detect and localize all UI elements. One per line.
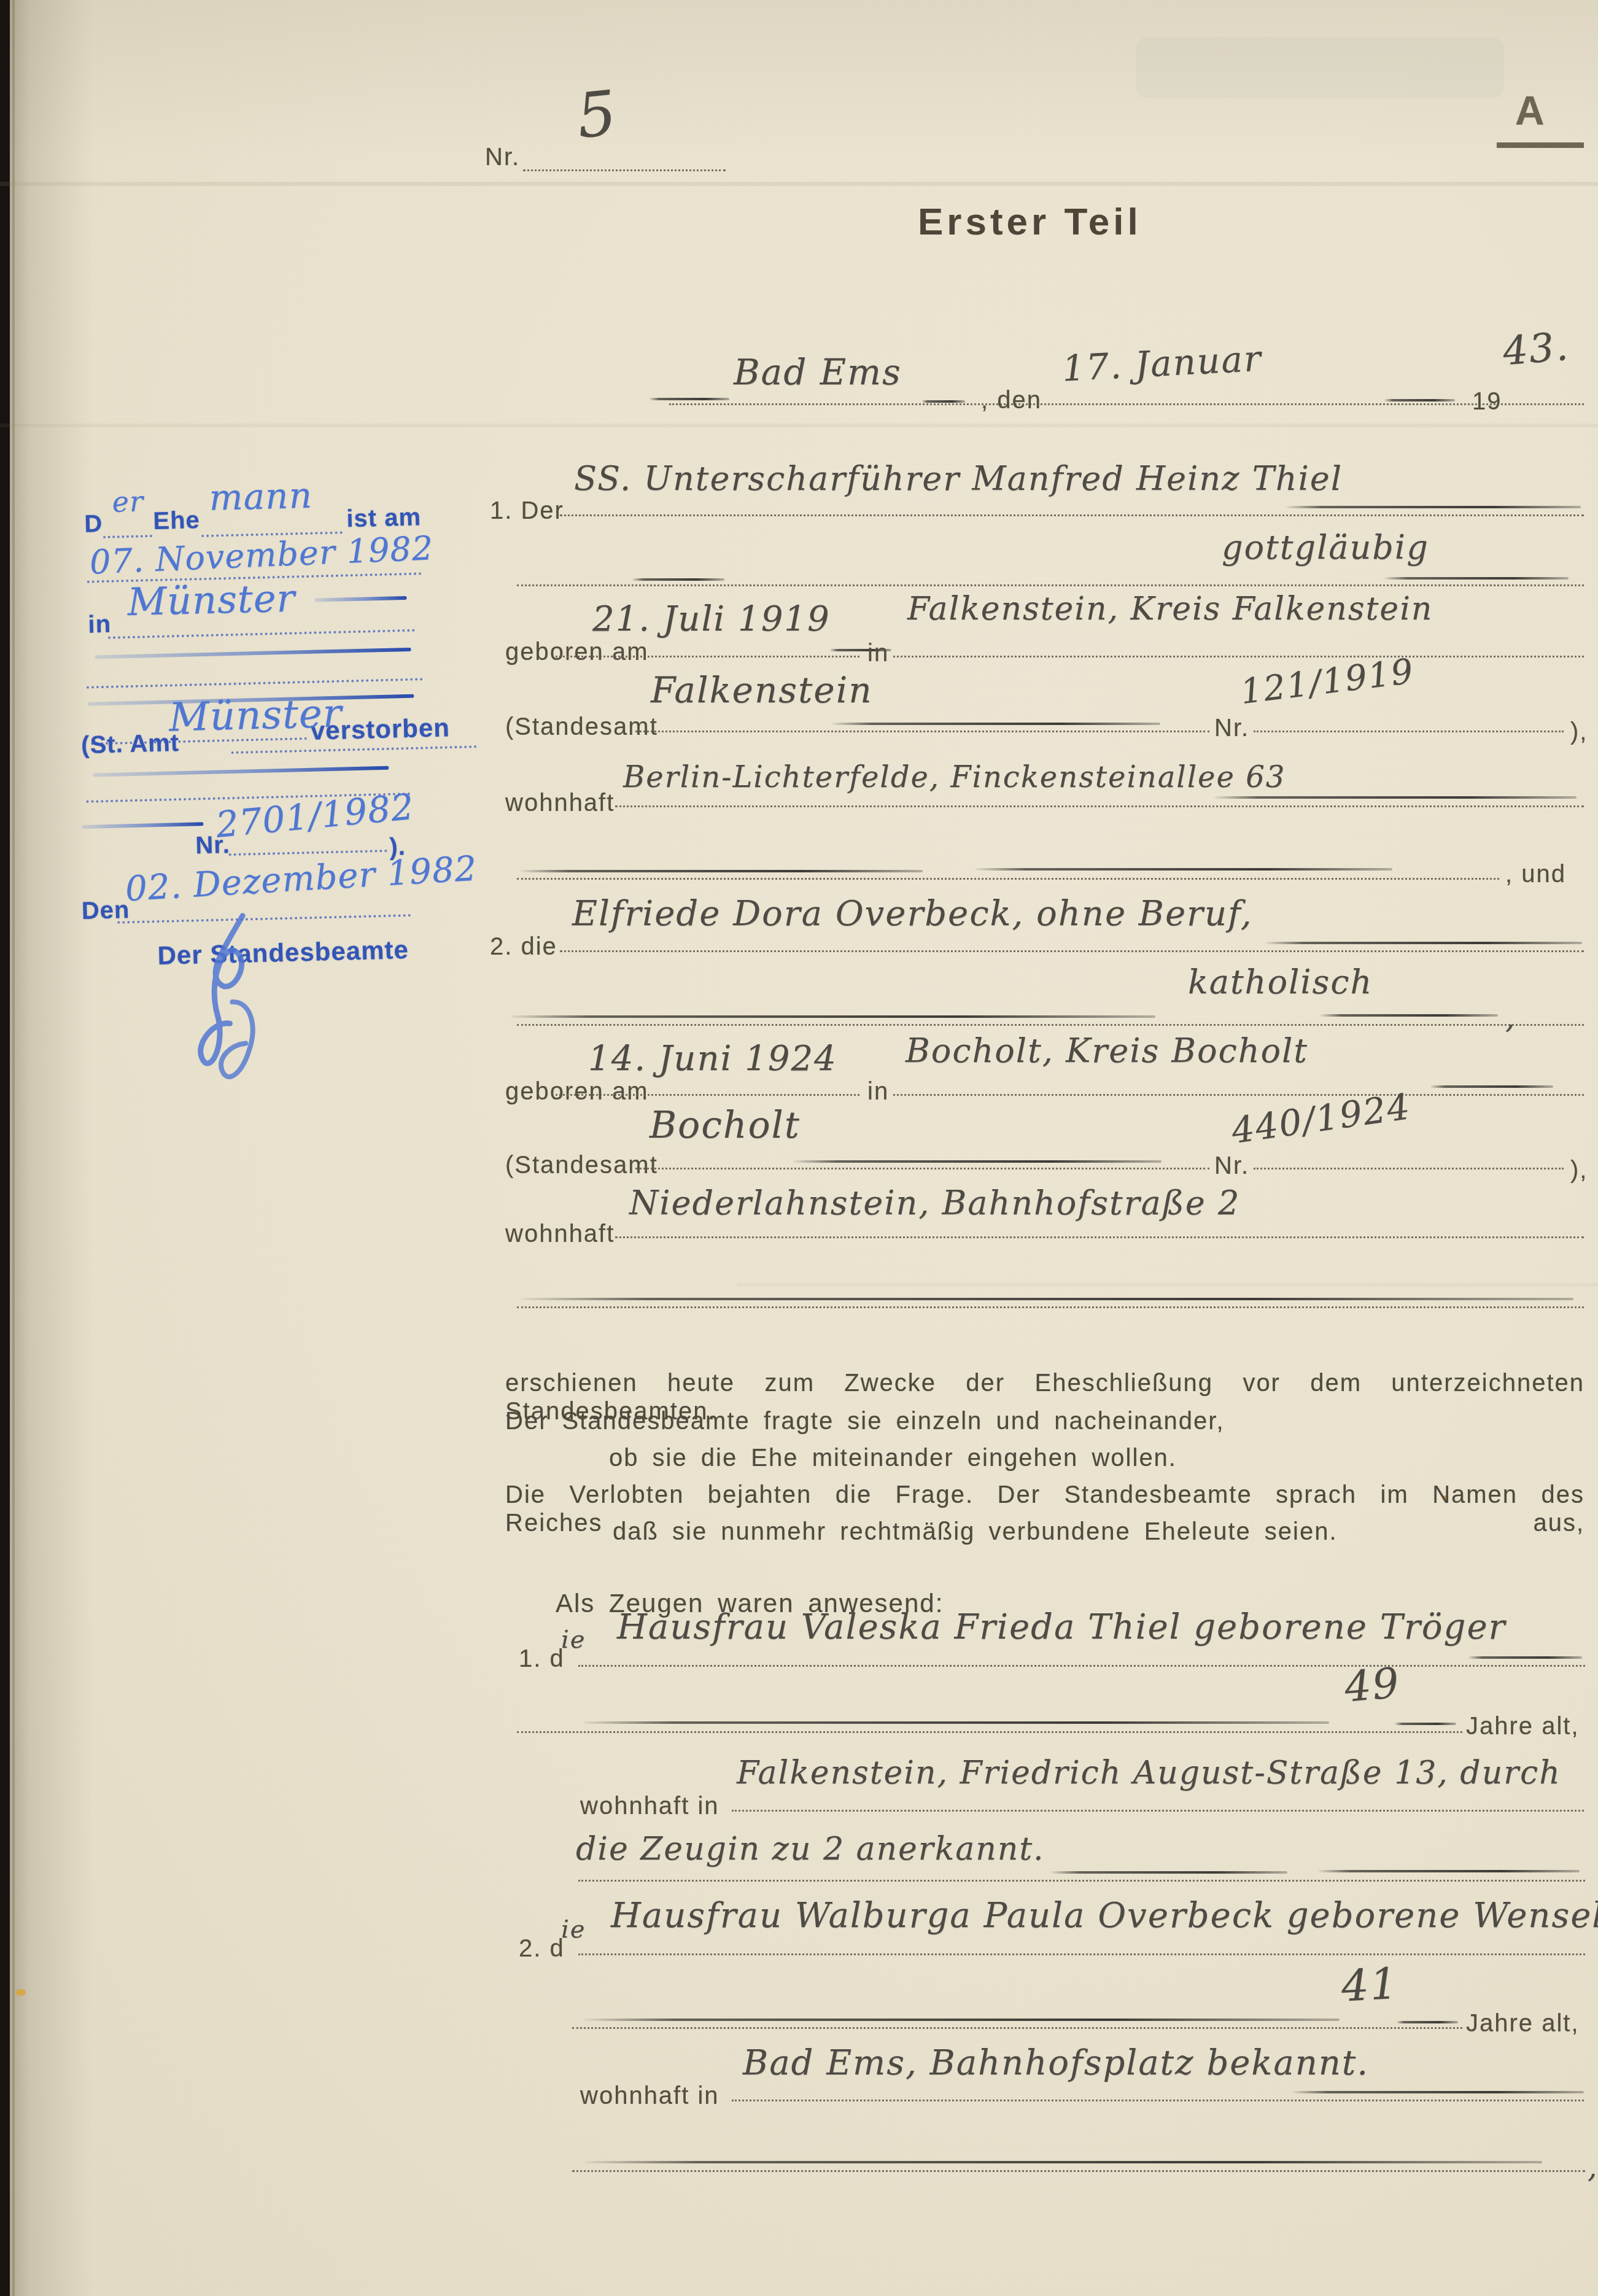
stamp-dotted — [231, 745, 477, 754]
nr-value-handwritten: 5 — [573, 77, 621, 152]
witness2-name-dotted — [578, 1953, 1585, 1955]
pen-stroke — [832, 723, 1160, 725]
stamp-dotted — [87, 678, 423, 688]
groom-birthdate-dotted — [556, 656, 859, 657]
bride-birthplace-handwritten: Bocholt, Kreis Bocholt — [906, 1031, 1308, 1070]
binding-edge — [0, 0, 10, 2296]
pen-stroke — [1214, 796, 1577, 799]
bride-in-label: in — [867, 1078, 889, 1106]
groom-registry-dotted — [635, 731, 1209, 732]
stamp-registry-no-handwritten: 2701/1982 — [214, 786, 416, 846]
groom-close-paren: ), — [1570, 718, 1588, 746]
bride-name-handwritten: Elfriede Dora Overbeck, ohne Beruf, — [572, 894, 1253, 934]
witness2-residence-dotted — [732, 2100, 1584, 2101]
groom-born-label: geboren am — [505, 638, 648, 666]
pencil-comma: , — [1505, 1001, 1516, 1035]
final-row-dotted — [572, 2170, 1585, 2172]
groom-name-handwritten: SS. Unterscharführer Manfred Heinz Thiel — [574, 459, 1343, 498]
pen-stroke — [793, 1160, 1162, 1163]
dateline-place-handwritten: Bad Ems — [734, 351, 902, 393]
pen-stroke — [1320, 1014, 1498, 1017]
stamp-er-handwritten: er — [112, 484, 144, 518]
declaration-line-5: daß sie nunmehr rechtmäßig verbundene Eh… — [613, 1518, 1338, 1546]
groom-index-label: 1. Der — [490, 497, 564, 525]
groom-registry-label: (Standesamt — [505, 713, 658, 741]
dateline-year-handwritten: 43. — [1501, 324, 1571, 374]
empty-row-dotted — [517, 1306, 1584, 1308]
pen-stroke — [1430, 1085, 1553, 1088]
stamp-line — [93, 766, 389, 777]
nr-dotted-line — [523, 169, 726, 171]
binding-crease — [12, 0, 15, 2296]
pen-stroke — [1292, 2091, 1584, 2093]
pen-stroke — [632, 578, 724, 581]
bride-birthdate-dotted — [556, 1094, 859, 1096]
bride-no-dotted — [1254, 1168, 1564, 1169]
und-label: , und — [1505, 861, 1566, 888]
groom-birthplace-dotted — [893, 656, 1584, 657]
show-through-line — [0, 424, 1598, 427]
groom-no-label: Nr. — [1214, 715, 1249, 742]
witness1-age-dotted — [517, 1731, 1462, 1733]
pen-stroke — [1051, 1871, 1287, 1874]
witness2-age-handwritten: 41 — [1340, 1958, 1400, 2012]
bride-registry-office-handwritten: Bocholt — [650, 1104, 801, 1147]
witness1-note-handwritten: die Zeugin zu 2 anerkannt. — [576, 1831, 1045, 1867]
pen-stroke — [922, 400, 965, 403]
show-through-line — [0, 182, 1598, 186]
bride-residence-dotted — [615, 1236, 1584, 1238]
bride-born-label: geboren am — [505, 1078, 648, 1106]
show-through-line — [737, 1283, 1598, 1287]
witness2-index-label: 2. d — [519, 1935, 565, 1963]
bride-index-label: 2. die — [490, 933, 557, 961]
bride-registry-dotted — [635, 1168, 1209, 1169]
witness1-name-dotted — [578, 1665, 1585, 1667]
groom-residence-handwritten: Berlin-Lichterfelde, Finckensteinallee 6… — [623, 760, 1286, 794]
bride-registry-label: (Standesamt — [505, 1152, 658, 1179]
corner-underline — [1497, 142, 1584, 148]
stamp-registry-label: (St. Amt — [81, 729, 180, 759]
pen-stroke — [1397, 2021, 1458, 2023]
witness1-note-dotted — [578, 1880, 1585, 1882]
stamp-place-handwritten: Münster — [127, 575, 296, 624]
bride-birthdate-handwritten: 14. Juni 1924 — [588, 1039, 837, 1079]
groom-in-label: in — [867, 640, 889, 667]
death-registration-stamp: D er Ehe mann ist am 07. November 1982 i… — [66, 474, 498, 1098]
und-row-dotted — [517, 878, 1499, 880]
groom-name-dotted — [560, 514, 1584, 516]
corner-letter: A — [1515, 87, 1545, 134]
stamp-in-label: in — [88, 611, 112, 639]
groom-religion-handwritten: gottgläubig — [1222, 528, 1429, 567]
witness1-residence-dotted — [732, 1810, 1584, 1812]
groom-religion-dotted — [517, 584, 1584, 586]
groom-birthplace-handwritten: Falkenstein, Kreis Falkenstein — [907, 591, 1433, 627]
official-signature — [169, 909, 284, 1089]
groom-no-dotted — [1254, 731, 1564, 732]
pen-stroke — [975, 868, 1392, 871]
witness2-residence-handwritten: Bad Ems, Bahnhofsplatz bekannt. — [743, 2043, 1369, 2083]
stamp-registry-office-handwritten: Münster — [168, 691, 343, 741]
witness1-residence-label: wohnhaft in — [580, 1793, 719, 1820]
bride-birthplace-dotted — [893, 1094, 1584, 1096]
groom-registry-no-handwritten: 121/1919 — [1238, 651, 1416, 712]
bride-residence-label: wohnhaft — [505, 1220, 615, 1248]
bride-close-paren: ), — [1570, 1157, 1588, 1184]
stamp-ehe-label: Ehe — [153, 506, 200, 535]
nr-label: Nr. — [485, 144, 520, 171]
bride-religion-dotted — [517, 1024, 1584, 1026]
stamp-dotted — [108, 629, 415, 639]
witness2-residence-label: wohnhaft in — [580, 2082, 719, 2110]
stamp-dotted — [103, 535, 152, 538]
dateline-year-printed: 19 — [1472, 388, 1502, 416]
paper-speck — [16, 1989, 26, 1996]
dateline-date-handwritten: 17. Januar — [1061, 338, 1263, 390]
pen-stroke — [1384, 577, 1569, 580]
witness2-index-handwritten: ie — [561, 1915, 586, 1944]
bride-religion-handwritten: katholisch — [1188, 963, 1373, 1001]
declaration-line-3: ob sie die Ehe miteinander eingehen woll… — [609, 1444, 1177, 1472]
stamp-mann-handwritten: mann — [209, 475, 313, 519]
pen-stroke — [521, 1298, 1573, 1300]
stamp-d-label: D — [84, 510, 103, 538]
pen-stroke — [1395, 1723, 1456, 1725]
pen-stroke — [1319, 1870, 1580, 1872]
page-title: Erster Teil — [918, 200, 1142, 244]
witness1-age-handwritten: 49 — [1343, 1659, 1402, 1712]
groom-residence-label: wohnhaft — [505, 789, 615, 817]
witness1-name-handwritten: Hausfrau Valeska Frieda Thiel geborene T… — [617, 1607, 1506, 1647]
stamp-ist-am-label: ist am — [346, 503, 422, 533]
witness1-age-label: Jahre alt, — [1466, 1713, 1580, 1740]
pencil-comma: , — [1588, 2150, 1598, 2184]
dateline-den-label: , den — [981, 387, 1042, 414]
groom-residence-dotted — [615, 805, 1584, 807]
witness2-name-handwritten: Hausfrau Walburga Paula Overbeck geboren… — [611, 1896, 1598, 1936]
witness1-index-handwritten: ie — [561, 1626, 586, 1654]
bride-no-label: Nr. — [1214, 1152, 1249, 1180]
pen-stroke — [1286, 506, 1581, 508]
witness1-residence-handwritten: Falkenstein, Friedrich August-Straße 13,… — [737, 1755, 1561, 1791]
pen-stroke — [1266, 942, 1582, 944]
stamp-line — [315, 596, 407, 602]
groom-birthdate-handwritten: 21. Juli 1919 — [592, 599, 831, 639]
dateline-dotted — [669, 403, 1584, 405]
stamp-line — [82, 822, 203, 829]
bride-name-dotted — [560, 950, 1584, 952]
witness2-age-dotted — [572, 2027, 1462, 2029]
pen-stroke — [583, 1721, 1329, 1724]
pen-stroke — [521, 870, 923, 872]
witness1-index-label: 1. d — [519, 1645, 565, 1673]
pen-stroke — [584, 2161, 1542, 2163]
marriage-register-page: Nr. 5 A Erster Teil Bad Ems , den 17. Ja… — [0, 0, 1598, 2296]
declaration-line-2: Der Standesbeamte fragte sie einzeln und… — [505, 1407, 1225, 1435]
pen-stroke — [511, 1015, 1155, 1018]
pen-stroke — [1468, 1656, 1582, 1659]
stamp-entry-date-handwritten: 02. Dezember 1982 — [124, 848, 478, 909]
groom-registry-office-handwritten: Falkenstein — [651, 669, 873, 711]
pen-stroke — [650, 398, 729, 400]
stamp-line — [95, 648, 411, 659]
show-through-smudge — [1136, 37, 1504, 98]
pen-stroke — [584, 2019, 1340, 2021]
bride-residence-handwritten: Niederlahnstein, Bahnhofstraße 2 — [629, 1184, 1240, 1222]
pen-stroke — [1384, 399, 1455, 401]
witness2-age-label: Jahre alt, — [1466, 2010, 1580, 2038]
